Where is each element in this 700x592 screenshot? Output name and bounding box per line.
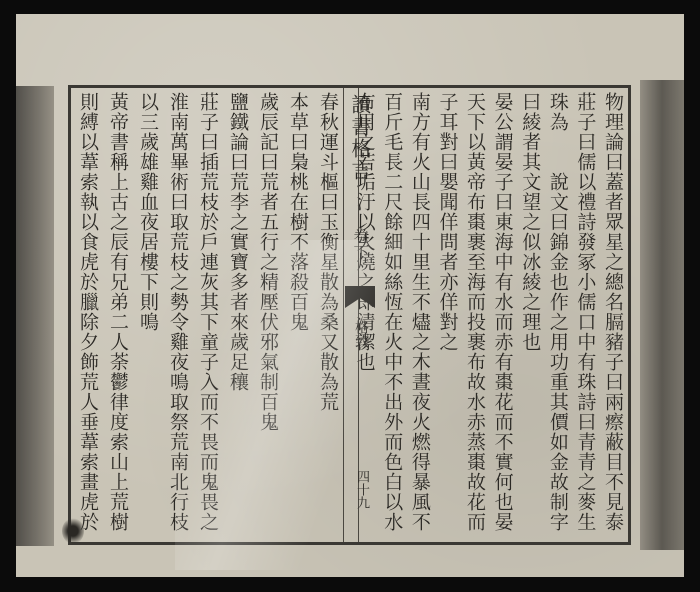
text-column: 歲辰記曰荒者五行之精壓伏邪氣制百鬼 [253,92,283,540]
text-column: 南方有火山長四十里生不燼之木晝夜火燃得暴風不熾猛雨不滅火中有鼠重 [407,92,435,540]
text-column: 曰綾者其文望之似冰綾之理也 [518,92,546,540]
section-label: 格致 [351,320,371,348]
text-column: 本草曰梟桃在樹不落殺百鬼 [283,92,313,540]
text-column: 以三歲雄雞血夜居樓下則鳴 [133,92,163,540]
text-column: 天下以黃帝布棗裹至海而投裹布故水赤蒸棗故花而不實公曰吾佯問 [462,92,490,540]
volume-label: 卷下 [349,228,371,260]
text-column: 莊子曰插荒枝於戶連灰其下童子入而不畏而鬼畏之是鬼智不如童子也 [193,92,223,540]
text-column: 莊子曰儒以禮詩發冢小儒口中有珠詩曰青青之麥生於陵之陂生不施死何含 [573,92,601,540]
text-column: 子耳對曰嬰聞佯問者亦佯對之 [435,92,463,540]
left-half-page: 春秋運斗樞曰玉衡星散為桑又散為荒 本草曰梟桃在樹不落殺百鬼 歲辰記曰荒者五行之精… [71,88,343,542]
book-title: 讀書格言 [347,94,373,182]
printed-frame: 物理論曰蓋者眾星之總名膈豬子曰兩瘵蔽目不見泰山雙豆塞耳不聞雷霆 莊子曰儒以禮詩發… [68,85,631,545]
text-column: 則縛以葦索執以食虎於臘除夕飾荒人垂葦索畫虎於門效前事也 [73,92,103,540]
text-column: 春秋運斗樞曰玉衡星散為桑又散為荒 [313,92,343,540]
text-column: 百斤毛長二尺餘細如絲恆在火中不出外而色白以水逐沃之即死取其毛織以作 [380,92,408,540]
text-column: 鹽鐵論曰荒李之實寶多者來歲足穰 [223,92,253,540]
text-column: 淮南萬畢術曰取荒枝之勢令雞夜鳴取祭荒南北行枝長三尺折以為券室 [163,92,193,540]
right-half-page: 物理論曰蓋者眾星之總名膈豬子曰兩瘵蔽目不見泰山雙豆塞耳不聞雷霆 莊子曰儒以禮詩發… [352,88,628,542]
text-column: 黃帝書稱上古之辰有兄弟二人荼鬱律度索山上荒樹下簡百鬼妄禍人 [103,92,133,540]
text-column: 晏公謂晏子曰東海中有水而赤有棗花而不實何也晏子曰昔秦繆公乘龍理 [490,92,518,540]
text-column: 物理論曰蓋者眾星之總名膈豬子曰兩瘵蔽目不見泰山雙豆塞耳不聞雷霆 [600,92,628,540]
left-margin-strip [16,86,54,546]
ink-stain [62,518,84,544]
page-number: 四十九 [351,470,371,509]
right-margin-strip [640,80,684,550]
text-column: 珠為 說文曰錦金也作之用功重其價如金故制字帛與金也釋名 [545,92,573,540]
